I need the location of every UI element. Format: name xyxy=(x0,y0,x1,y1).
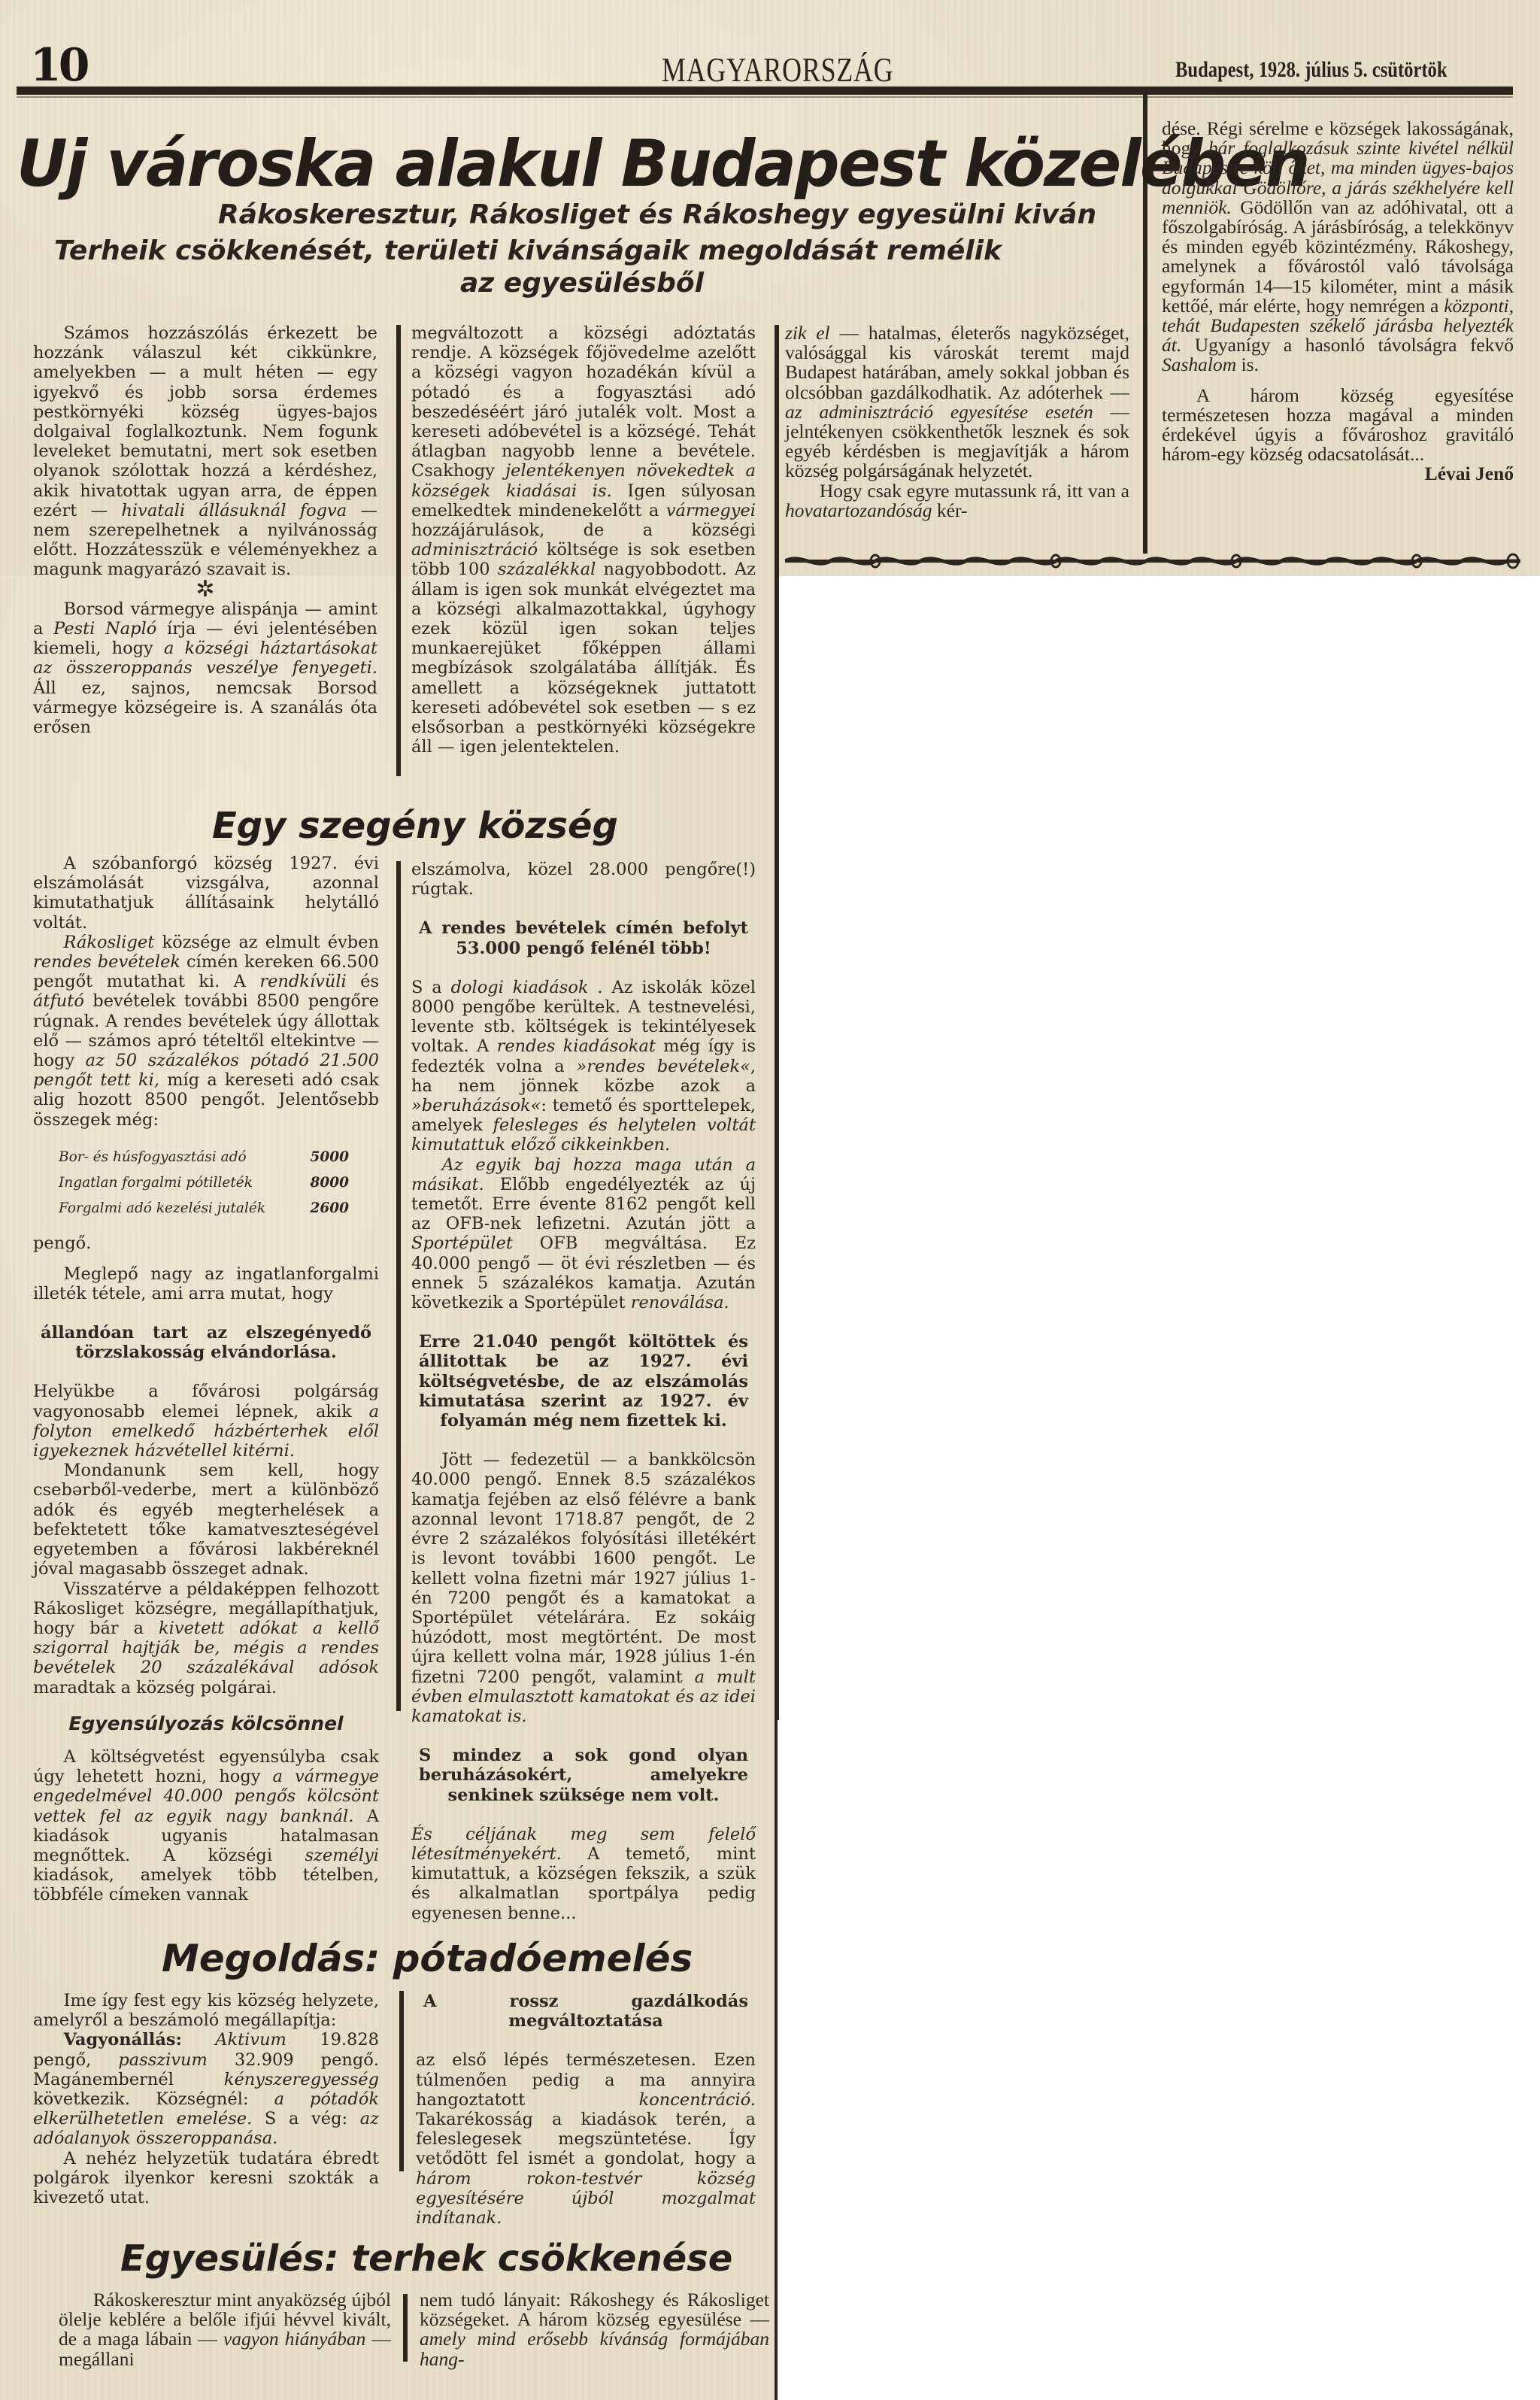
section1-column-right: elszámolva, közel 28.000 pengőre(!) rúgt… xyxy=(411,860,756,1923)
table-row: Forgalmi adó kezelési jutalék2600 xyxy=(33,1196,379,1221)
paragraph: Borsod vármegye alispánja — amint a Pest… xyxy=(33,599,377,737)
column-rule-intro-2 xyxy=(775,325,779,1720)
dateline: Budapest, 1928. július 5. csütörtök xyxy=(1175,57,1448,83)
paragraph: Vagyonállás: Aktivum 19.828 pengő, passz… xyxy=(33,2030,379,2148)
table-row: Bor- és húsfogyasztási adó5000 xyxy=(33,1145,379,1170)
paragraph: Jött — fedezetül — a bankkölcsön 40.000 … xyxy=(411,1450,756,1726)
author-byline: Lévai Jenő xyxy=(1162,464,1514,484)
column-rule-outer xyxy=(775,1720,778,2400)
paragraph: Helyükbe a fővárosi polgárság vagyonosab… xyxy=(33,1382,379,1461)
paragraph: A három község egyesítése természetesen … xyxy=(1162,386,1514,465)
paragraph: zik el — hatalmas, életerős nagyközséget… xyxy=(785,323,1129,481)
paragraph: Meglepő nagy az ingatlanforgalmi illeték… xyxy=(33,1264,379,1303)
paragraph: nem tudó lányait: Rákoshegy és Rákoslige… xyxy=(420,2290,769,2369)
intro-column-4: dése. Régi sérelme e községek lakosságán… xyxy=(1162,119,1514,484)
section-heading-megoldas: Megoldás: pótadóemelés xyxy=(162,1937,693,1980)
paragraph: Hogy csak egyre mutassunk rá, itt van a … xyxy=(785,481,1129,520)
section2-column-right: A rossz gazdálkodás megváltoztatása az e… xyxy=(416,1992,756,2228)
paragraph: Ime így fest egy kis község helyzete, am… xyxy=(33,1991,379,2030)
paragraph: az első lépés természetesen. Ezen túlmen… xyxy=(416,2050,756,2228)
paragraph: dése. Régi sérelme e községek lakosságán… xyxy=(1162,119,1514,375)
masthead-rule-thin xyxy=(17,96,1513,98)
intro-column-1: Számos hozzászólás érkezett be hozzánk v… xyxy=(33,323,377,737)
section3-column-left: Rákoskeresztur mint anyaközség újból öle… xyxy=(59,2290,391,2369)
section-heading-egy-szegeny-kozseg: Egy szegény község xyxy=(212,805,618,847)
paragraph: Az egyik baj hozza maga után a másikat. … xyxy=(411,1155,756,1313)
column-rule-intro xyxy=(396,325,401,776)
highlighted-statement: A rossz gazdálkodás megváltoztatása xyxy=(423,1992,748,2031)
paragraph: Visszatérve a példaképpen felhozott Ráko… xyxy=(33,1579,379,1698)
article-headline: Uj városka alakul Budapest közelében xyxy=(17,126,1308,202)
column-rule-section3 xyxy=(403,2294,408,2362)
page-number: 10 xyxy=(30,39,87,92)
subsection-heading: Egyensúlyozás kölcsönnel xyxy=(33,1714,379,1734)
paragraph: elszámolva, közel 28.000 pengőre(!) rúgt… xyxy=(411,860,756,899)
newspaper-title: MAGYARORSZÁG xyxy=(662,50,893,90)
highlighted-statement: Erre 21.040 pengőt költöttek és állitott… xyxy=(419,1332,748,1431)
paragraph: Mondanunk sem kell, hogy csebərből-veder… xyxy=(33,1461,379,1579)
highlighted-statement: S mindez a sok gond olyan beruházásokért… xyxy=(419,1746,748,1805)
article-subheadline-1: Rákoskeresztur, Rákosliget és Rákoshegy … xyxy=(218,199,1096,230)
highlighted-statement: állandóan tart az elszegényedő törzslako… xyxy=(41,1323,371,1362)
column-rule-section1 xyxy=(396,861,401,1711)
ornamental-rule xyxy=(785,553,1520,569)
paragraph: pengő. xyxy=(33,1233,379,1253)
section-heading-egyesules: Egyesülés: terhek csökkenése xyxy=(120,2238,732,2280)
highlighted-statement: A rendes bevételek címén befolyt 53.000 … xyxy=(419,918,748,957)
intro-column-2: megváltozott a községi adóztatás rendje.… xyxy=(411,323,756,757)
table-row: Ingatlan forgalmi pótilleték8000 xyxy=(33,1170,379,1196)
tax-items-table: Bor- és húsfogyasztási adó5000 Ingatlan … xyxy=(33,1145,379,1222)
paragraph: S a dologi kiadások . Az iskolák közel 8… xyxy=(411,978,756,1155)
paragraph: Rákosliget községe az elmult évben rende… xyxy=(33,933,379,1130)
paragraph: És céljának meg sem felelő létesítmények… xyxy=(411,1825,756,1923)
article-subheadline-2: Terheik csökkenését, területi kivánságai… xyxy=(54,235,1002,266)
section2-column-left: Ime így fest egy kis község helyzete, am… xyxy=(33,1991,379,2207)
paragraph: A nehéz helyzetük tudatára ébredt polgár… xyxy=(33,2149,379,2208)
asterism-dingbat-icon: ✲ xyxy=(33,580,377,599)
paragraph: megváltozott a községi adóztatás rendje.… xyxy=(411,323,756,757)
paragraph: A költségvetést egyensúlyba csak úgy leh… xyxy=(33,1747,379,1905)
masthead-rule xyxy=(17,86,1513,95)
paragraph: A szóbanforgó község 1927. évi elszámolá… xyxy=(33,854,379,933)
article-subheadline-3: az egyesülésből xyxy=(460,268,704,299)
section3-column-right: nem tudó lányait: Rákoshegy és Rákoslige… xyxy=(420,2290,769,2369)
paragraph: Számos hozzászólás érkezett be hozzánk v… xyxy=(33,323,377,580)
paragraph: Rákoskeresztur mint anyaközség újból öle… xyxy=(59,2290,391,2369)
intro-column-3: zik el — hatalmas, életerős nagyközséget… xyxy=(785,323,1129,520)
section1-column-left: A szóbanforgó község 1927. évi elszámolá… xyxy=(33,854,379,1905)
column-rule-section2 xyxy=(399,1991,404,2171)
